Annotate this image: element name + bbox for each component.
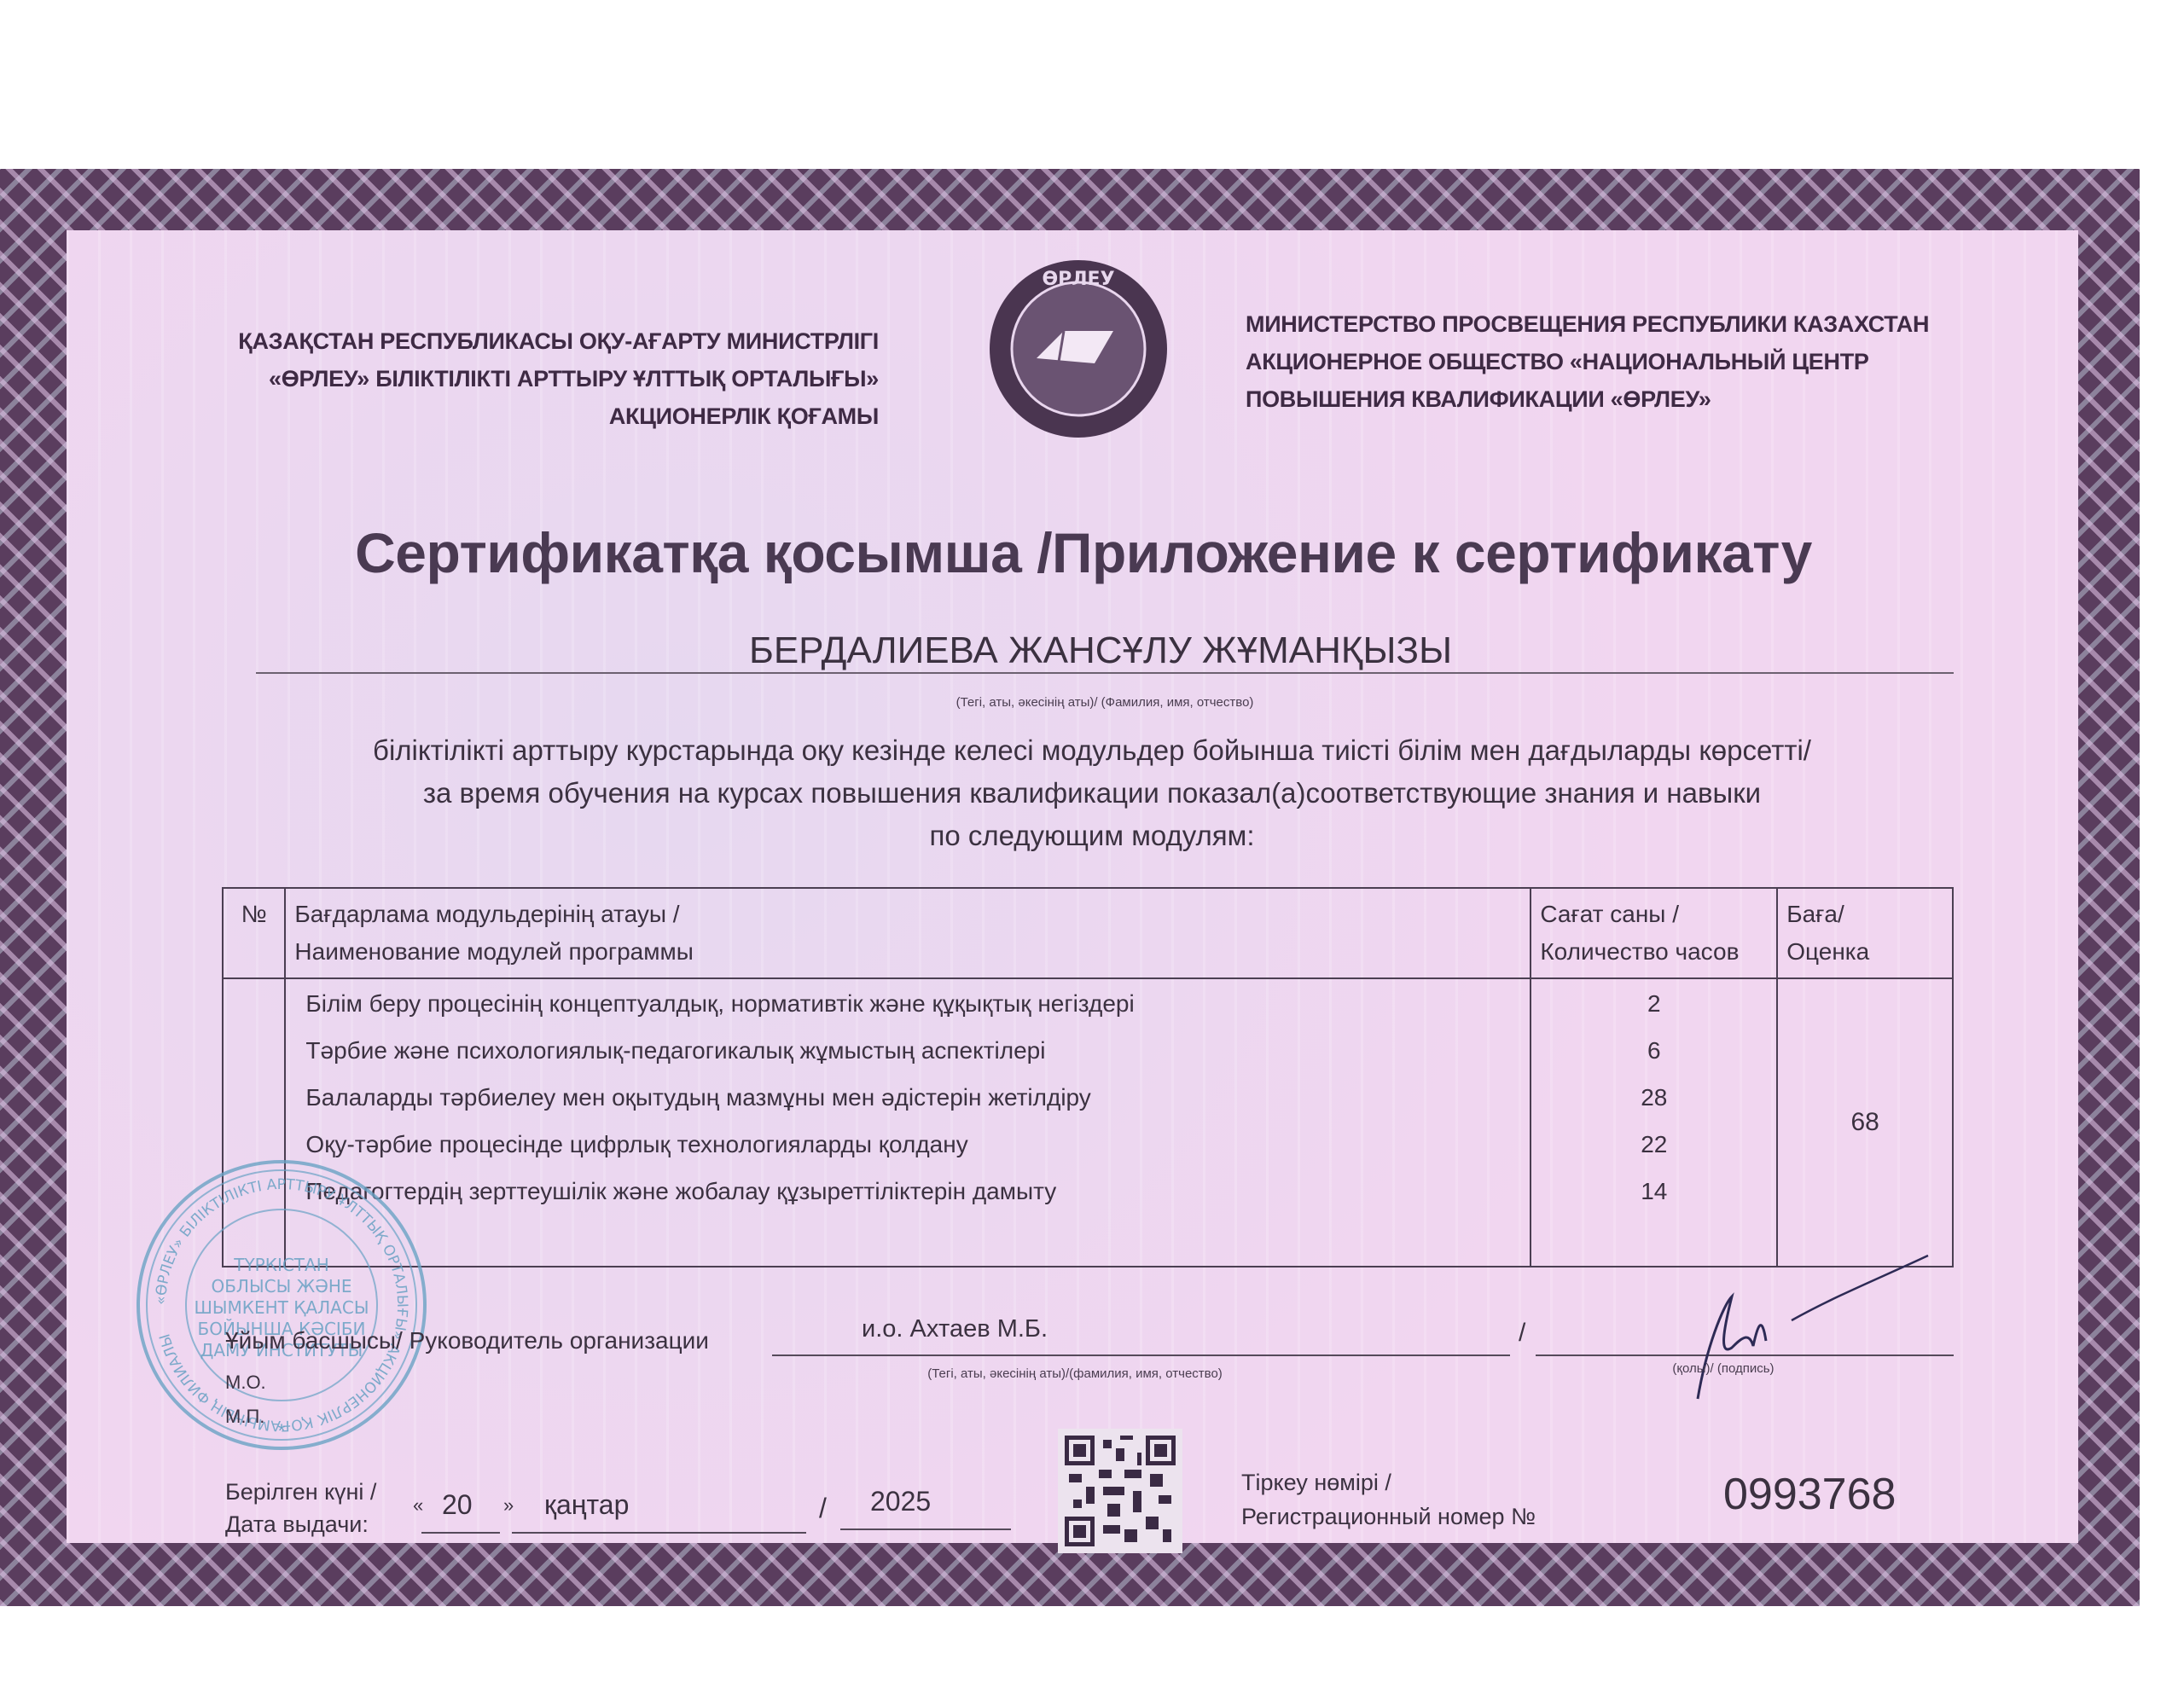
hours-value: 6	[1532, 1027, 1775, 1074]
registration-label: Тіркеу нөмірі / Регистрационный номер №	[1241, 1465, 1536, 1534]
signatory-name: и.о. Ахтаев М.Б.	[862, 1315, 1048, 1343]
date-close-quote: »	[503, 1494, 514, 1517]
module-names-cell: Білім беру процесінің концептуалдық, нор…	[285, 978, 1531, 1267]
hours-value: 28	[1532, 1074, 1775, 1121]
signature-caption: (қолы)/ (подпись)	[1621, 1361, 1826, 1376]
table-row: Балаларды тәрбиелеу мен оқытудың мазмұны…	[287, 1074, 1529, 1121]
table-row: Оқу-тәрбие процесінде цифрлық технология…	[287, 1121, 1529, 1168]
table-row: Тәрбие және психологиялық-педагогикалық …	[287, 1027, 1529, 1074]
date-slash: /	[819, 1493, 827, 1524]
header-hours-kz: Сағат саны /	[1540, 896, 1768, 933]
signature-slash: /	[1519, 1319, 1525, 1348]
table-body-row: Білім беру процесінің концептуалдық, нор…	[223, 978, 1953, 1267]
date-open-quote: «	[413, 1494, 423, 1517]
issue-day: 20	[442, 1489, 473, 1521]
document-title: Сертификатқа қосымша /Приложение к серти…	[171, 520, 1996, 585]
orleu-logo-icon: ӨРЛЕУ	[985, 256, 1171, 442]
header-number: №	[223, 888, 285, 978]
header-module-name: Бағдарлама модульдерінің атауы / Наимено…	[285, 888, 1531, 978]
hours-cell: 2 6 28 22 14	[1531, 978, 1777, 1267]
registration-number: 0993768	[1723, 1469, 1896, 1520]
header-hours: Сағат саны / Количество часов	[1531, 888, 1777, 978]
stamp-place-ru: М.П.	[225, 1406, 264, 1428]
header-ru-line-3: ПОВЫШЕНИЯ КВАЛИФИКАЦИИ «ӨРЛЕУ»	[1246, 380, 1979, 418]
header-hours-ru: Количество часов	[1540, 933, 1768, 971]
round-stamp-icon: «ӨРЛЕУ» БІЛІКТІЛІКТІ АРТТЫРУ ҰЛТТЫҚ ОРТА…	[128, 1151, 435, 1459]
grade-value: 68	[1777, 978, 1953, 1267]
svg-text:ТҮРКІСТАН: ТҮРКІСТАН	[233, 1255, 329, 1275]
header-kz-line-1: ҚАЗАҚСТАН РЕСПУБЛИКАСЫ ОҚУ-АҒАРТУ МИНИСТ…	[145, 322, 879, 360]
header-grade-ru: Оценка	[1786, 933, 1943, 971]
svg-text:ОБЛЫСЫ ЖӘНЕ: ОБЛЫСЫ ЖӘНЕ	[211, 1276, 351, 1296]
header-kz-line-2: «ӨРЛЕУ» БІЛІКТІЛІКТІ АРТТЫРУ ҰЛТТЫҚ ОРТА…	[145, 360, 879, 397]
signatory-name-caption: (Тегі, аты, әкесінің аты)/(фамилия, имя,…	[853, 1366, 1297, 1381]
header-ru-line-1: МИНИСТЕРСТВО ПРОСВЕЩЕНИЯ РЕСПУБЛИКИ КАЗА…	[1246, 305, 1979, 343]
table-row: Педагогтердің зерттеушілік және жобалау …	[287, 1168, 1529, 1215]
header-kz-line-3: АКЦИОНЕРЛІК ҚОҒАМЫ	[145, 397, 879, 435]
qr-code-icon	[1065, 1436, 1176, 1546]
header-kz: ҚАЗАҚСТАН РЕСПУБЛИКАСЫ ОҚУ-АҒАРТУ МИНИСТ…	[145, 322, 879, 435]
recipient-name-caption: (Тегі, аты, әкесінің аты)/ (Фамилия, имя…	[256, 695, 1954, 710]
svg-text:ӨРЛЕУ: ӨРЛЕУ	[1042, 269, 1114, 290]
modules-table: № Бағдарлама модульдерінің атауы / Наиме…	[222, 887, 1954, 1267]
header-module-name-ru: Наименование модулей программы	[294, 933, 1521, 971]
recipient-name: БЕРДАЛИЕВА ЖАНСҰЛУ ЖҰМАНҚЫЗЫ	[273, 629, 1928, 672]
svg-text:ШЫМКЕНТ ҚАЛАСЫ: ШЫМКЕНТ ҚАЛАСЫ	[195, 1297, 369, 1318]
registration-label-kz: Тіркеу нөмірі /	[1241, 1465, 1536, 1499]
recipient-name-underline	[256, 672, 1954, 674]
table-row: Білім беру процесінің концептуалдық, нор…	[287, 980, 1529, 1027]
intro-line-ru-2: по следующим модулям:	[222, 815, 1962, 857]
issue-day-line	[421, 1532, 500, 1534]
issue-month: қаңтар	[544, 1489, 629, 1521]
signature-name-line	[772, 1354, 1510, 1356]
intro-text: біліктілікті арттыру курстарында оқу кез…	[222, 729, 1962, 857]
issue-date-label-ru: Дата выдачи:	[225, 1508, 376, 1540]
intro-line-kz: біліктілікті арттыру курстарында оқу кез…	[222, 729, 1962, 772]
stamp-place-kz: М.О.	[225, 1372, 266, 1394]
hours-value: 22	[1532, 1121, 1775, 1168]
issue-date-label-kz: Берілген күні /	[225, 1476, 376, 1508]
handwritten-signature-icon	[1672, 1245, 1945, 1416]
issue-month-line	[512, 1532, 806, 1534]
hours-value: 2	[1532, 980, 1775, 1027]
issue-year-line	[840, 1528, 1011, 1530]
header-ru-line-2: АКЦИОНЕРНОЕ ОБЩЕСТВО «НАЦИОНАЛЬНЫЙ ЦЕНТР	[1246, 343, 1979, 380]
table-header-row: № Бағдарлама модульдерінің атауы / Наиме…	[223, 888, 1953, 978]
header-ru: МИНИСТЕРСТВО ПРОСВЕЩЕНИЯ РЕСПУБЛИКИ КАЗА…	[1246, 305, 1979, 418]
header-module-name-kz: Бағдарлама модульдерінің атауы /	[294, 896, 1521, 933]
header-grade-kz: Баға/	[1786, 896, 1943, 933]
header-grade: Баға/ Оценка	[1777, 888, 1953, 978]
signature-label: Ұйым басшысы/ Руководитель организации	[225, 1327, 709, 1354]
svg-text:*: *	[278, 1420, 286, 1441]
issue-year: 2025	[870, 1486, 931, 1517]
issue-date-label: Берілген күні / Дата выдачи:	[225, 1476, 376, 1540]
registration-label-ru: Регистрационный номер №	[1241, 1499, 1536, 1534]
intro-line-ru: за время обучения на курсах повышения кв…	[222, 772, 1962, 815]
hours-value: 14	[1532, 1168, 1775, 1215]
qr-code	[1058, 1429, 1182, 1553]
